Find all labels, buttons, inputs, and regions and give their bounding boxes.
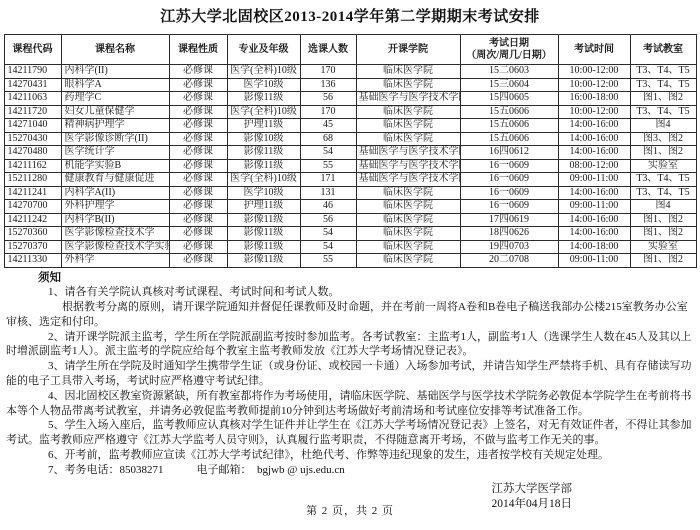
table-cell: 临床医学院: [356, 213, 460, 227]
page-title: 江苏大学北固校区2013-2014学年第二学期期末考试安排: [0, 0, 700, 26]
table-cell: 14211720: [4, 105, 61, 119]
table-cell: 14271040: [4, 119, 61, 133]
table-cell: 影像11级: [227, 213, 300, 227]
table-cell: 医学影像检查技术学实验: [61, 240, 169, 254]
table-cell: 基础医学与医学技术学院: [356, 146, 460, 160]
table-cell: 必修课: [169, 213, 227, 227]
table-cell: 46: [300, 200, 356, 214]
table-cell: 55: [300, 254, 356, 268]
table-cell: 外科护理学: [61, 200, 169, 214]
table-cell: 17四0619: [460, 213, 558, 227]
table-cell: T3、T4、T5: [630, 173, 696, 187]
table-cell: T3、T4、T5: [630, 105, 696, 119]
table-cell: 妇女儿童保健学: [61, 105, 169, 119]
table-cell: 必修课: [169, 186, 227, 200]
table-cell: 实验室: [630, 159, 696, 173]
table-cell: 14:00-16:00: [558, 132, 630, 146]
table-cell: 影像11级: [227, 146, 300, 160]
column-header: 课程名称: [61, 35, 169, 65]
table-cell: 54: [300, 227, 356, 241]
table-cell: 内科学(II): [61, 65, 169, 79]
table-cell: 必修课: [169, 159, 227, 173]
table-cell: 医学影像诊断学(II): [61, 132, 169, 146]
table-cell: 临床医学院: [356, 105, 460, 119]
table-cell: 09:00-11:00: [558, 254, 630, 268]
table-cell: 影像11级: [227, 227, 300, 241]
table-cell: 必修课: [169, 132, 227, 146]
table-row: 15270430医学影像诊断学(II)必修课影像10级68临床医学院15五060…: [4, 132, 696, 146]
notice-section: 须知 1、请各有关学院认真核对考试课程、考试时间和考试人数。根据教考分离的原则，…: [6, 271, 694, 478]
table-row: 14211790内科学(II)必修课医学(全科)10级170临床医学院15二06…: [4, 65, 696, 79]
table-cell: 内科学A(II): [61, 186, 169, 200]
table-cell: T3、T4、T5: [630, 78, 696, 92]
table-cell: 14270480: [4, 146, 61, 160]
table-cell: 医学统计学: [61, 146, 169, 160]
table-cell: 16四0612: [460, 146, 558, 160]
table-cell: 图1、图2: [630, 213, 696, 227]
table-row: 14270480医学统计学必修课影像11级54基础医学与医学技术学院16四061…: [4, 146, 696, 160]
table-cell: 医学10级: [227, 78, 300, 92]
table-cell: 20二0708: [460, 254, 558, 268]
table-cell: 临床医学院: [356, 227, 460, 241]
table-cell: 影像11级: [227, 92, 300, 106]
table-cell: 15五0606: [460, 105, 558, 119]
table-cell: 56: [300, 213, 356, 227]
table-cell: 10:00-12:00: [558, 78, 630, 92]
table-row: 14270431眼科学A必修课医学10级136临床医学院15三060410:00…: [4, 78, 696, 92]
table-cell: 基础医学与医学技术学院: [356, 159, 460, 173]
table-cell: 14:00-16:00: [558, 186, 630, 200]
table-row: 14211330外科学必修课影像11级55临床医学院20二070809:00-1…: [4, 254, 696, 268]
table-cell: 护理11级: [227, 200, 300, 214]
table-cell: 临床医学院: [356, 119, 460, 133]
table-cell: T3、T4、T5: [630, 65, 696, 79]
exam-table-body: 14211790内科学(II)必修课医学(全科)10级170临床医学院15二06…: [4, 65, 696, 268]
table-cell: 必修课: [169, 119, 227, 133]
table-cell: 16一0609: [460, 200, 558, 214]
table-cell: 09:00-11:00: [558, 173, 630, 187]
table-cell: 必修课: [169, 105, 227, 119]
table-cell: 医学(全科)10级: [227, 65, 300, 79]
table-cell: 图3、图2: [630, 132, 696, 146]
table-cell: 医学10级: [227, 186, 300, 200]
table-cell: 医学影像检查技术学: [61, 227, 169, 241]
table-cell: 14:00-16:00: [558, 119, 630, 133]
table-row: 14211162机能学实验B必修课影像11级55基础医学与医学技术学院16一06…: [4, 159, 696, 173]
table-cell: 15270430: [4, 132, 61, 146]
table-cell: 14211790: [4, 65, 61, 79]
table-cell: 54: [300, 240, 356, 254]
table-cell: 15270360: [4, 227, 61, 241]
table-cell: 健康教育与健康促进: [61, 173, 169, 187]
column-header: 考试教室: [630, 35, 696, 65]
table-cell: 实验室: [630, 240, 696, 254]
table-row: 15211280健康教育与健康促进必修课医学(全科)10级171基础医学与医学技…: [4, 173, 696, 187]
table-cell: 临床医学院: [356, 132, 460, 146]
table-cell: 必修课: [169, 65, 227, 79]
column-header: 课程代码: [4, 35, 61, 65]
column-header: 开课学院: [356, 35, 460, 65]
table-row: 15270360医学影像检查技术学必修课影像11级54临床医学院18四06261…: [4, 227, 696, 241]
table-cell: 图1、图2: [630, 254, 696, 268]
table-cell: 影像10级: [227, 132, 300, 146]
table-cell: 机能学实验B: [61, 159, 169, 173]
notice-paragraph: 6、开考前，监考教师应宣读《江苏大学考试纪律》，杜绝代考、作弊等违纪现象的发生，…: [6, 448, 694, 463]
table-cell: 16一0609: [460, 159, 558, 173]
table-cell: 必修课: [169, 146, 227, 160]
table-cell: 18四0626: [460, 227, 558, 241]
table-cell: 16一0609: [460, 186, 558, 200]
notice-paragraph: 1、请各有关学院认真核对考试课程、考试时间和考试人数。: [6, 285, 694, 300]
table-cell: 必修课: [169, 240, 227, 254]
table-cell: 14:00-16:00: [558, 213, 630, 227]
notice-paragraph: 2、请开课学院派主监考，学生所在学院派副监考按时参加监考。各考试教室：主监考1人…: [6, 330, 694, 360]
table-cell: 14211063: [4, 92, 61, 106]
table-cell: 170: [300, 105, 356, 119]
notice-paragraphs: 1、请各有关学院认真核对考试课程、考试时间和考试人数。根据教考分离的原则，请开课…: [6, 285, 694, 477]
table-cell: 临床医学院: [356, 254, 460, 268]
column-header: 考试时间: [558, 35, 630, 65]
table-cell: 精神病护理学: [61, 119, 169, 133]
table-cell: 131: [300, 186, 356, 200]
table-cell: 临床医学院: [356, 78, 460, 92]
table-cell: 55: [300, 159, 356, 173]
table-cell: 基础医学与医学技术学院: [356, 92, 460, 106]
table-cell: 14211330: [4, 254, 61, 268]
table-cell: 171: [300, 173, 356, 187]
table-cell: 15四0605: [460, 92, 558, 106]
table-cell: 影像11级: [227, 159, 300, 173]
table-cell: 必修课: [169, 92, 227, 106]
exam-schedule-table: 课程代码课程名称课程性质专业及年级选课人数开课学院考试日期 （周次/周几/日期）…: [4, 34, 697, 268]
notice-paragraph: 4、因北固校区教室资源紧缺，所有教室都将作为考场使用，请临床医学院、基础医学与医…: [6, 389, 694, 419]
table-cell: 临床医学院: [356, 240, 460, 254]
table-cell: 眼科学A: [61, 78, 169, 92]
notice-paragraph: 根据教考分离的原则，请开课学院通知并督促任课教师及时命题，并在考前一周将A卷和B…: [6, 300, 694, 330]
table-cell: 护理11级: [227, 119, 300, 133]
table-cell: 14211241: [4, 186, 61, 200]
table-cell: 影像11级: [227, 240, 300, 254]
notice-heading: 须知: [38, 271, 694, 286]
table-cell: 医学(全科)10级: [227, 105, 300, 119]
table-cell: 170: [300, 65, 356, 79]
notice-paragraph: 3、请学生所在学院及时通知学生携带学生证（或身份证、或校园一卡通）入场参加考试，…: [6, 359, 694, 389]
table-cell: 临床医学院: [356, 65, 460, 79]
table-cell: 15三0604: [460, 78, 558, 92]
column-header: 课程性质: [169, 35, 227, 65]
table-cell: T3、T4、T5: [630, 186, 696, 200]
table-row: 14211242内科学B(II)必修课影像11级56临床医学院17四061914…: [4, 213, 696, 227]
table-cell: 15211280: [4, 173, 61, 187]
table-cell: 14:00-16:00: [558, 227, 630, 241]
table-cell: 19四0703: [460, 240, 558, 254]
table-cell: 14211162: [4, 159, 61, 173]
table-cell: 临床医学院: [356, 200, 460, 214]
table-row: 14271040精神病护理学必修课护理11级45临床医学院15五060614:0…: [4, 119, 696, 133]
table-header-row: 课程代码课程名称课程性质专业及年级选课人数开课学院考试日期 （周次/周几/日期）…: [4, 35, 696, 65]
table-cell: 136: [300, 78, 356, 92]
table-cell: 图4: [630, 200, 696, 214]
table-cell: 医学(全科)10级: [227, 173, 300, 187]
table-cell: 图1、图2: [630, 146, 696, 160]
table-row: 14211241内科学A(II)必修课医学10级131临床医学院16一06091…: [4, 186, 696, 200]
table-cell: 14270431: [4, 78, 61, 92]
table-cell: 15270370: [4, 240, 61, 254]
document-page: 江苏大学北固校区2013-2014学年第二学期期末考试安排 课程代码课程名称课程…: [0, 0, 700, 530]
table-cell: 图1、图2: [630, 92, 696, 106]
table-cell: 10:00-12:00: [558, 65, 630, 79]
table-cell: 图4: [630, 119, 696, 133]
table-cell: 影像11级: [227, 254, 300, 268]
column-header: 选课人数: [300, 35, 356, 65]
table-cell: 外科学: [61, 254, 169, 268]
table-cell: 54: [300, 146, 356, 160]
table-row: 15270370医学影像检查技术学实验必修课影像11级54临床医学院19四070…: [4, 240, 696, 254]
notice-paragraph: 5、学生入场入座后，监考教师应认真核对学生证件并让学生在《江苏大学考场情况登记表…: [6, 418, 694, 448]
table-cell: 必修课: [169, 78, 227, 92]
table-cell: 10:00-12:00: [558, 105, 630, 119]
table-cell: 09:00-11:00: [558, 200, 630, 214]
page-footer: 第 2 页，共 2 页: [0, 502, 700, 518]
table-cell: 15五0606: [460, 132, 558, 146]
table-cell: 16一0609: [460, 173, 558, 187]
table-cell: 药理学C: [61, 92, 169, 106]
table-cell: 56: [300, 92, 356, 106]
table-cell: 图1、图2: [630, 227, 696, 241]
column-header: 专业及年级: [227, 35, 300, 65]
table-cell: 基础医学与医学技术学院: [356, 173, 460, 187]
table-row: 14211720妇女儿童保健学必修课医学(全科)10级170临床医学院15五06…: [4, 105, 696, 119]
table-cell: 必修课: [169, 200, 227, 214]
notice-paragraph: 7、考务电话：85038271 电子邮箱： bgjwb @ ujs.edu.cn: [6, 463, 694, 478]
table-cell: 68: [300, 132, 356, 146]
table-cell: 16:00-18:00: [558, 92, 630, 106]
signature-org: 江苏大学医学部: [492, 482, 573, 497]
table-cell: 14:00-16:00: [558, 146, 630, 160]
table-row: 14211063药理学C必修课影像11级56基础医学与医学技术学院15四0605…: [4, 92, 696, 106]
table-cell: 15二0603: [460, 65, 558, 79]
table-cell: 14270700: [4, 200, 61, 214]
table-cell: 14:00-18:00: [558, 240, 630, 254]
table-row: 14270700外科护理学必修课护理11级46临床医学院16一060909:00…: [4, 200, 696, 214]
table-cell: 必修课: [169, 173, 227, 187]
column-header: 考试日期 （周次/周几/日期）: [460, 35, 558, 65]
table-cell: 必修课: [169, 227, 227, 241]
table-cell: 15五0606: [460, 119, 558, 133]
table-cell: 14211242: [4, 213, 61, 227]
table-cell: 必修课: [169, 254, 227, 268]
table-cell: 45: [300, 119, 356, 133]
table-cell: 临床医学院: [356, 186, 460, 200]
table-cell: 内科学B(II): [61, 213, 169, 227]
table-cell: 08:00-12:00: [558, 159, 630, 173]
